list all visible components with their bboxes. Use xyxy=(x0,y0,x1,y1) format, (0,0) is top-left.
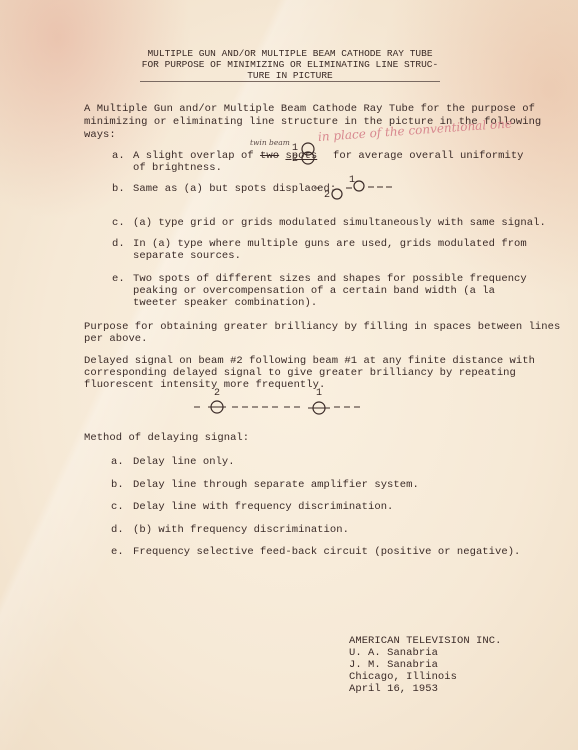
signature-date: April 16, 1953 xyxy=(349,683,438,695)
document-title-line-3: TURE IN PICTURE xyxy=(130,70,450,81)
delayed-line-2: corresponding delayed signal to give gre… xyxy=(84,367,516,379)
method-e-letter: e. xyxy=(111,546,124,558)
delayed-beams-icon xyxy=(194,398,374,418)
way-b-letter: b. xyxy=(112,183,125,195)
way-b-text: Same as (a) but spots displaced: xyxy=(133,183,336,195)
title-underline-rule xyxy=(140,81,440,82)
way-d-letter: d. xyxy=(112,238,125,250)
delayed-line-3: fluorescent intensity more frequently. xyxy=(84,379,325,391)
way-a-struck-word: two xyxy=(260,150,279,162)
signature-name-1: U. A. Sanabria xyxy=(349,647,438,659)
method-c-letter: c. xyxy=(111,501,124,513)
method-heading: Method of delaying signal: xyxy=(84,432,249,444)
way-a-text: A slight overlap of two spots xyxy=(133,150,317,162)
method-d-text: (b) with frequency discrimination. xyxy=(133,524,349,536)
way-a-text-line-2: of brightness. xyxy=(133,162,222,174)
method-b-letter: b. xyxy=(111,479,124,491)
way-c-letter: c. xyxy=(112,217,125,229)
document-title-line-1: MULTIPLE GUN AND/OR MULTIPLE BEAM CATHOD… xyxy=(130,48,450,59)
purpose-line-1: Purpose for obtaining greater brilliancy… xyxy=(84,321,560,333)
delayed-line-1: Delayed signal on beam #2 following beam… xyxy=(84,355,535,367)
way-e-letter: e. xyxy=(112,273,125,285)
signature-company: AMERICAN TELEVISION INC. xyxy=(349,635,501,647)
method-a-letter: a. xyxy=(111,456,124,468)
purpose-line-2: per above. xyxy=(84,333,148,345)
way-d-text-line-1: In (a) type where multiple guns are used… xyxy=(133,238,527,250)
signature-location: Chicago, Illinois xyxy=(349,671,457,683)
way-c-text: (a) type grid or grids modulated simulta… xyxy=(133,217,546,229)
method-e-text: Frequency selective feed-back circuit (p… xyxy=(133,546,520,558)
way-e-text-line-2: peaking or overcompensation of a certain… xyxy=(133,285,495,297)
handwritten-pencil-annotation: twin beam xyxy=(250,138,290,147)
overlapping-spots-icon xyxy=(298,142,318,166)
displaced-spots-icon xyxy=(314,178,404,202)
way-e-text-line-3: tweeter speaker combination). xyxy=(133,297,317,309)
way-a-pre: A slight overlap of xyxy=(133,150,260,162)
way-a-letter: a. xyxy=(112,150,125,162)
method-d-letter: d. xyxy=(111,524,124,536)
intro-line-3: ways: xyxy=(84,129,116,141)
method-a-text: Delay line only. xyxy=(133,456,235,468)
intro-line-1: A Multiple Gun and/or Multiple Beam Cath… xyxy=(84,103,535,115)
way-a-text-post: for average overall uniformity xyxy=(333,150,524,162)
method-c-text: Delay line with frequency discrimination… xyxy=(133,501,393,513)
way-d-text-line-2: separate sources. xyxy=(133,250,241,262)
signature-name-2: J. M. Sanabria xyxy=(349,659,438,671)
document-title-line-2: FOR PURPOSE OF MINIMIZING OR ELIMINATING… xyxy=(130,59,450,70)
method-b-text: Delay line through separate amplifier sy… xyxy=(133,479,419,491)
way-e-text-line-1: Two spots of different sizes and shapes … xyxy=(133,273,527,285)
